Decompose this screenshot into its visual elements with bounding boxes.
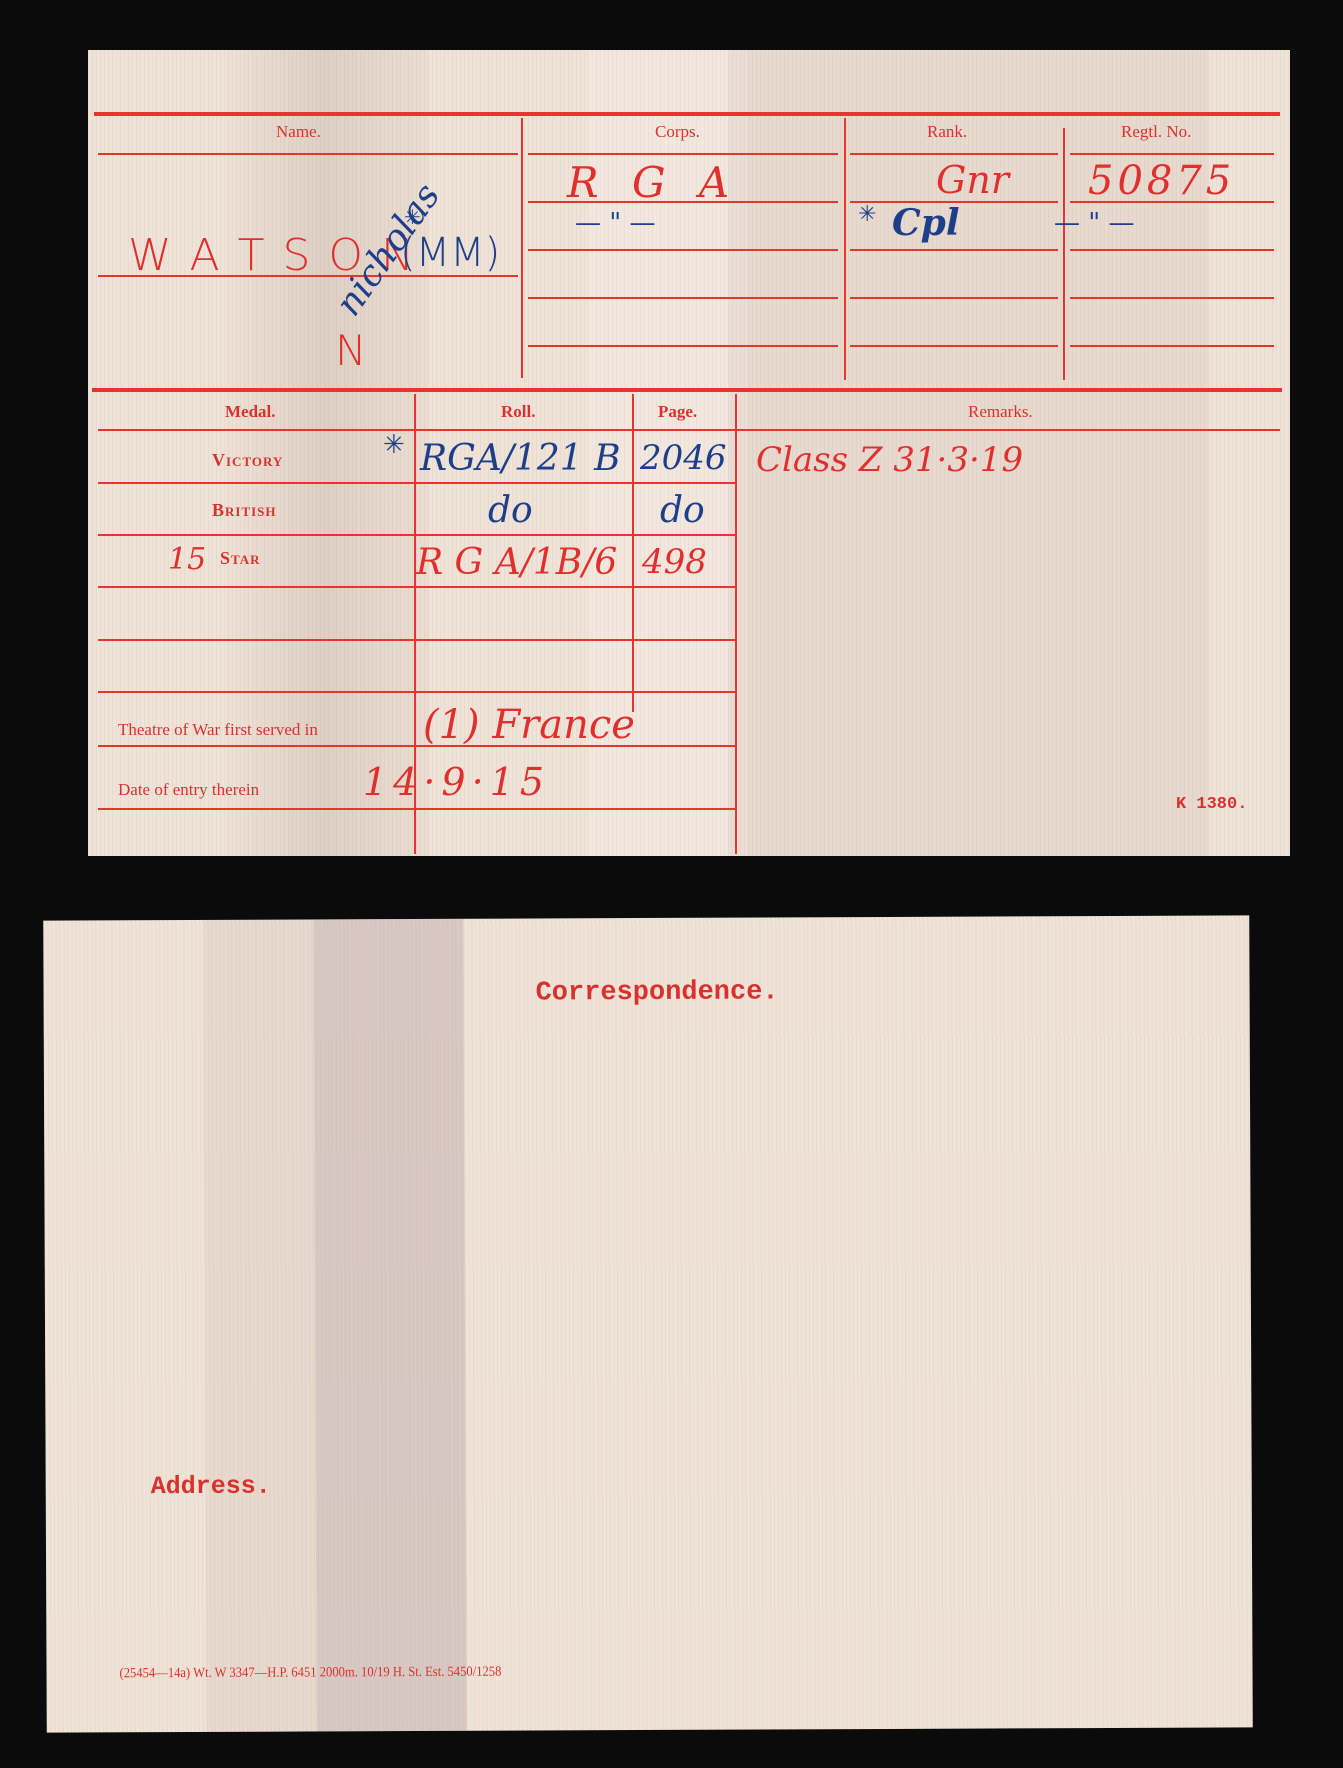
rule [1070, 249, 1274, 251]
correspondence-heading: Correspondence. [535, 977, 778, 1008]
address-label: Address. [151, 1472, 271, 1502]
regtl-no-value: 50875 [1088, 158, 1235, 204]
theatre-value: (1) France [423, 702, 635, 748]
roll-asterisk: ✳ [383, 430, 405, 460]
rank-asterisk: ✳ [858, 202, 876, 227]
rule-top [94, 112, 1280, 116]
header-rank: Rank. [927, 122, 967, 142]
date-entry-value: 14·9·15 [363, 760, 550, 804]
medal-star-prefix: 15 [168, 542, 206, 577]
initial: N [335, 326, 366, 375]
medal-card-front: Name. Corps. Rank. Regtl. No. W A T S O … [88, 50, 1290, 856]
date-entry-label: Date of entry therein [118, 780, 259, 800]
rule [1070, 153, 1274, 155]
rule [98, 153, 518, 155]
form-code: K 1380. [1176, 795, 1247, 814]
rank-amended: Cpl [892, 202, 960, 244]
rule [528, 153, 838, 155]
theatre-label: Theatre of War first served in [118, 720, 318, 740]
header-roll: Roll. [501, 402, 535, 422]
rule [98, 534, 735, 536]
header-medal: Medal. [225, 402, 276, 422]
rank-value: Gnr [936, 158, 1009, 202]
rule [98, 482, 735, 484]
header-page: Page. [658, 402, 697, 422]
roll-british: do [488, 490, 533, 531]
rule [850, 249, 1058, 251]
page-british: do [660, 490, 705, 531]
divider-corps-rank [844, 118, 846, 380]
divider-rank-regtl [1063, 128, 1065, 380]
divider-page-remarks [735, 394, 737, 854]
remarks-victory: Class Z 31·3·19 [756, 440, 1023, 480]
medal-victory: Victory [212, 450, 283, 471]
rule [850, 153, 1058, 155]
rule [98, 639, 735, 641]
rule-middle [92, 388, 1282, 392]
regtl-no-ditto: — " — [1054, 208, 1135, 238]
page-victory: 2046 [640, 438, 727, 478]
rule [528, 345, 838, 347]
rule [98, 586, 735, 588]
rule-medal-header [98, 429, 1280, 431]
medal-star: Star [220, 548, 261, 569]
rule-date-entry [98, 808, 735, 810]
header-corps: Corps. [655, 122, 700, 142]
header-name: Name. [276, 122, 321, 142]
medal-card-back: Correspondence. Address. (25454—14a) Wt.… [43, 915, 1253, 1732]
rule [528, 297, 838, 299]
corps-ditto: — " — [575, 208, 656, 238]
rule [1070, 297, 1274, 299]
divider-roll-page [632, 394, 634, 712]
divider-name-corps [521, 118, 523, 378]
rule [528, 249, 838, 251]
header-regtl-no: Regtl. No. [1121, 122, 1191, 142]
rule [98, 691, 735, 693]
page-star: 498 [642, 542, 707, 582]
paper-shading [203, 919, 317, 1731]
header-remarks: Remarks. [968, 402, 1033, 422]
rule-theatre [98, 745, 735, 747]
medal-british: British [212, 500, 277, 521]
rule [850, 345, 1058, 347]
roll-star: R G A/1B/6 [416, 542, 617, 583]
rule [850, 297, 1058, 299]
printer-imprint: (25454—14a) Wt. W 3347—H.P. 6451 2000m. … [119, 1665, 501, 1683]
paper-shading [313, 919, 467, 1732]
corps-value: R G A [567, 158, 739, 207]
roll-victory: RGA/121 B [420, 438, 621, 479]
rule [1070, 345, 1274, 347]
